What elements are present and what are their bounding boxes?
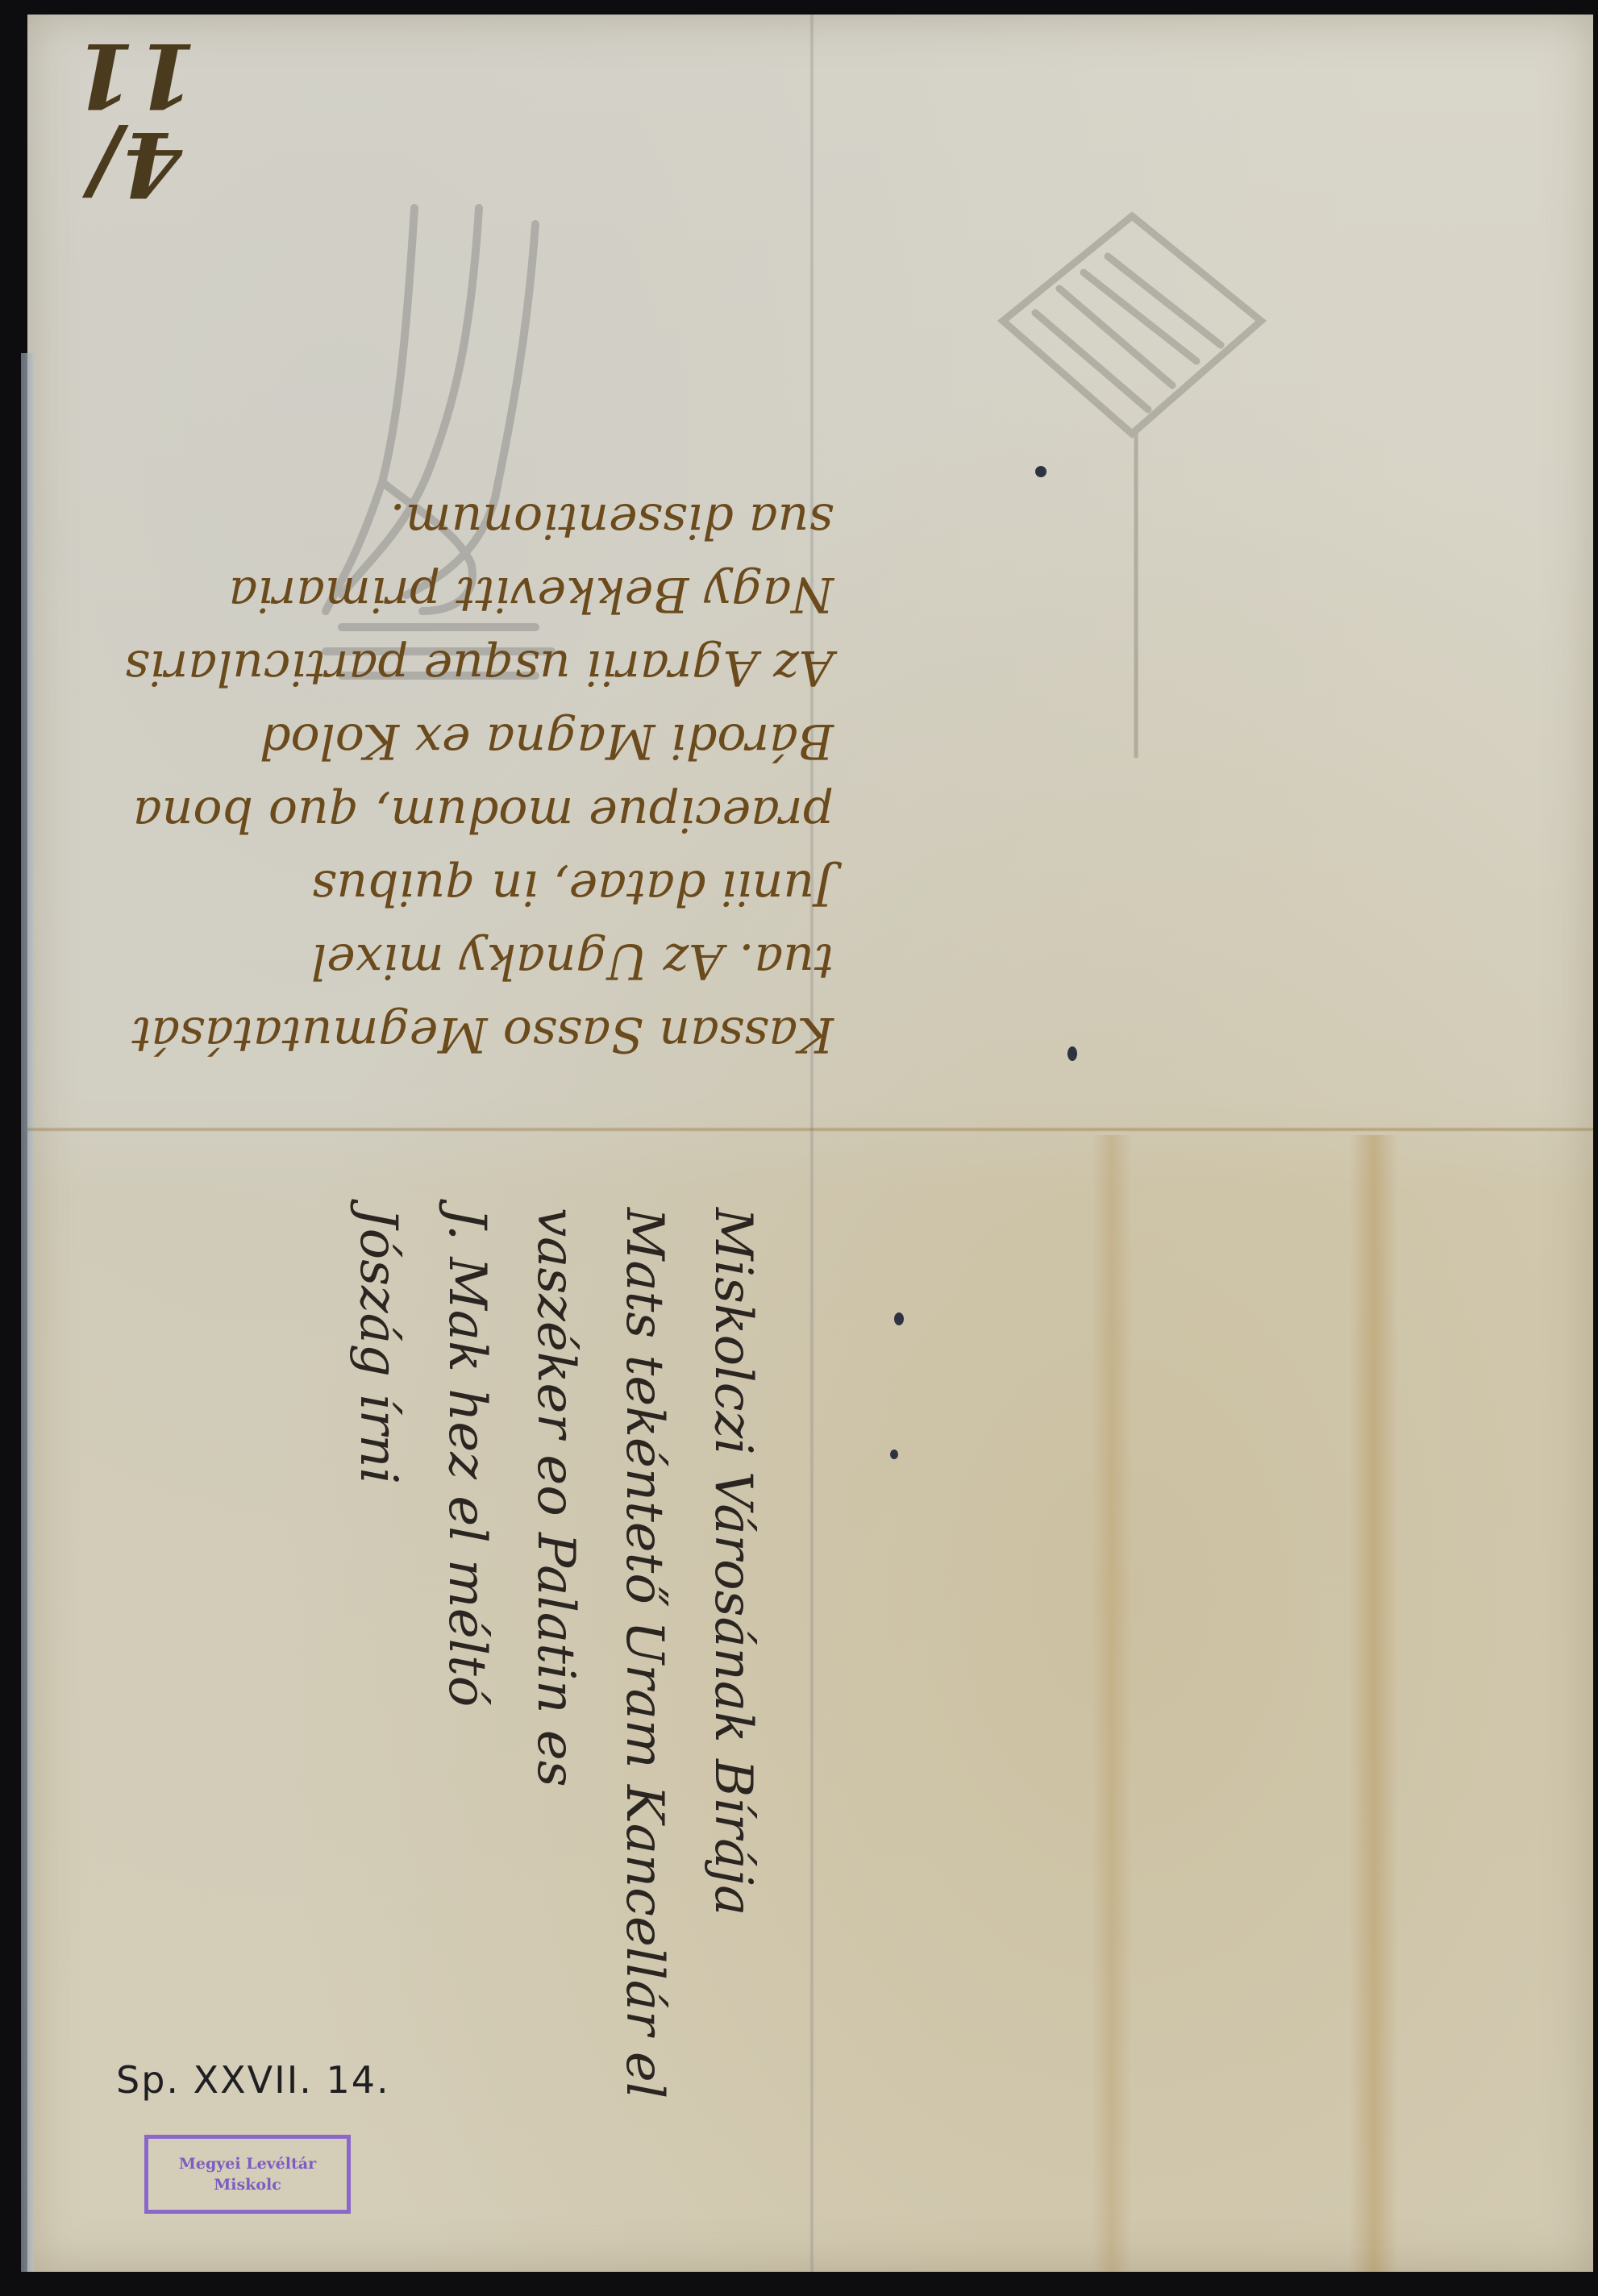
ink-spot	[894, 1312, 904, 1325]
text-line: vaszéker eo Palatin es	[511, 1208, 600, 2240]
text-line: Junii datae, in quibus	[84, 851, 834, 924]
shield-watermark-icon	[971, 200, 1309, 764]
vertical-fold-line	[809, 15, 814, 2272]
stamp-line-1: Megyei Levéltár	[179, 2153, 316, 2174]
manuscript-sheet: 4/ 11 Kassan Sasso Megmutatását tua. Az …	[27, 15, 1593, 2272]
text-line: Nagy Bekkevitt primaria	[84, 557, 834, 630]
ink-spot	[890, 1450, 898, 1459]
folio-number: 4/ 11	[76, 47, 197, 208]
left-edge-repair-strip	[21, 353, 34, 2272]
text-line: Az Agrarii usque particularis	[84, 630, 834, 704]
text-line: sua dissentionum.	[84, 484, 834, 557]
text-line: Miskolczi Városának Bírája	[689, 1208, 777, 2240]
stamp-line-2: Miskolc	[214, 2174, 281, 2195]
upside-down-text-block: Kassan Sasso Megmutatását tua. Az Ugnaky…	[84, 571, 834, 1071]
text-line: praecipue modum, quo bona	[84, 777, 834, 851]
ink-spot	[1035, 466, 1047, 477]
text-line: Kassan Sasso Megmutatását	[84, 997, 834, 1071]
shelfmark-label: Sp. XXVII. 14.	[116, 2058, 390, 2102]
text-line: Mats tekéntető Uram Kancellár el	[600, 1208, 689, 2240]
ink-spot	[1067, 1046, 1077, 1061]
text-line: Bárodi Magna ex Kolod	[84, 704, 834, 777]
water-stain-center	[1092, 1135, 1132, 2272]
text-line: tua. Az Ugnaky mixel	[84, 924, 834, 997]
water-stain-right	[1350, 1135, 1398, 2272]
text-line: J. Mak hez el méltó	[422, 1208, 511, 2240]
archive-stamp: Megyei Levéltár Miskolc	[144, 2135, 351, 2214]
